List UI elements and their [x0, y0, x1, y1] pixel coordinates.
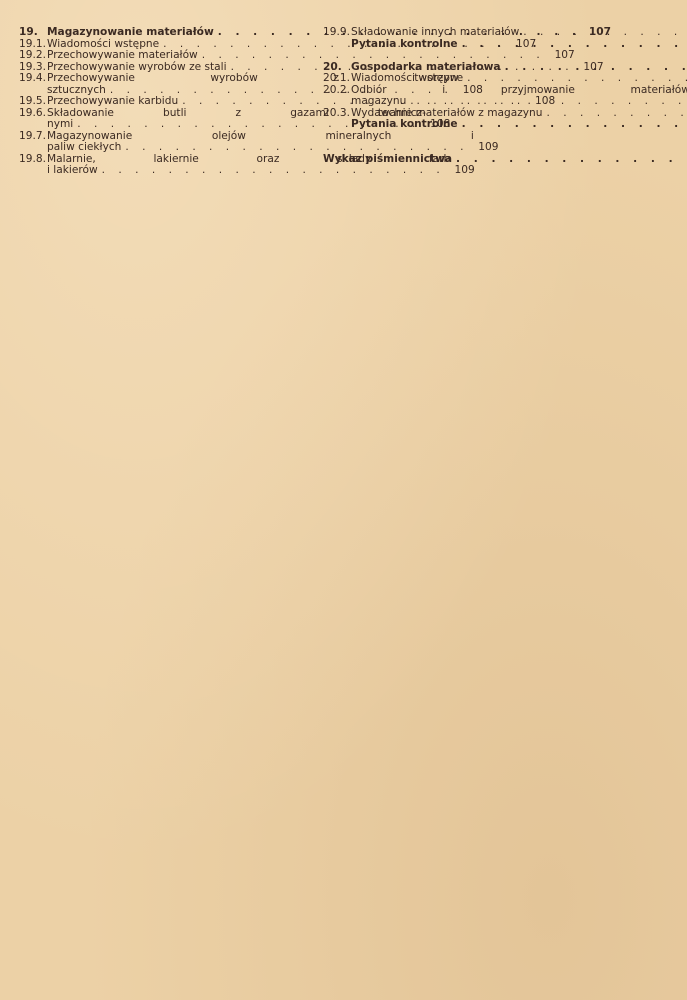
toc-entry[interactable]: 19.2.Przechowywanie materiałów. . . . . …: [19, 50, 306, 62]
section-number: 19.7.: [19, 131, 47, 143]
section-title: Pytania kontrolne: [351, 39, 458, 51]
dot-leader: . . . . . . . . . . . . . . . . . . . . …: [456, 154, 687, 166]
section-title: paliw ciekłych: [47, 142, 121, 154]
section-title: Pytania kontrolne: [351, 119, 458, 131]
toc-entry[interactable]: 19.5.Przechowywanie karbidu. . . . . . .…: [19, 96, 306, 108]
toc-entry[interactable]: Pytania kontrolne. . . . . . . . . . . .…: [323, 119, 618, 131]
section-number: 19.4.: [19, 73, 47, 85]
toc-entry[interactable]: 19.4.Przechowywanie wyrobów z tworzywszt…: [19, 73, 306, 96]
section-number: 20.3.: [323, 108, 351, 120]
toc-entry[interactable]: 20.2.Odbiór i przyjmowanie materiałów do…: [323, 85, 618, 108]
section-title: Wiadomości wstępne: [351, 73, 463, 85]
section-number: 20.1.: [323, 73, 351, 85]
dot-leader: . . . . . . . . . . . . . . . . . . . . …: [462, 39, 687, 51]
section-title: Magazynowanie materiałów: [47, 27, 214, 39]
dot-leader: . . . . . . . . . . . . . . . . . . . . …: [546, 108, 687, 120]
section-number: 20.2.: [323, 85, 351, 97]
section-title: Przechowywanie materiałów: [47, 50, 198, 62]
dot-leader: . . . . . . . . . . . . . . . . . . . . …: [102, 165, 445, 177]
section-title: Składowanie innych materiałów: [351, 27, 519, 39]
section-number: 19.6.: [19, 108, 47, 120]
dot-leader: . . . . . . . . . . . . . . . . . . . . …: [410, 96, 687, 108]
spacer: [323, 142, 618, 154]
toc-entry[interactable]: Wykaz piśmiennictwa. . . . . . . . . . .…: [323, 154, 618, 166]
spacer: [323, 131, 618, 143]
section-title: Wykaz piśmiennictwa: [323, 154, 452, 166]
dot-leader: . . . . . . . . . . . . . . . . . . . . …: [467, 73, 687, 85]
toc-entry[interactable]: 19.6.Składowanie butli z gazami technicz…: [19, 108, 306, 131]
toc-entry[interactable]: 19.9.Składowanie innych materiałów. . . …: [323, 27, 618, 39]
toc-left-column: 19.Magazynowanie materiałów. . . . . . .…: [19, 27, 306, 177]
spacer: [323, 50, 618, 62]
section-title: nymi: [47, 119, 73, 131]
toc-entry[interactable]: Pytania kontrolne. . . . . . . . . . . .…: [323, 39, 618, 51]
toc-entry[interactable]: 19.Magazynowanie materiałów. . . . . . .…: [19, 27, 306, 39]
toc-right-column: 19.9.Składowanie innych materiałów. . . …: [323, 27, 618, 165]
section-number: 19.: [19, 27, 47, 39]
section-title: magazynu: [351, 96, 406, 108]
section-number: 19.8.: [19, 154, 47, 166]
section-title: Przechowywanie karbidu: [47, 96, 178, 108]
dot-leader: . . . . . . . . . . . . . . . . . . . . …: [462, 119, 687, 131]
section-number: 19.2.: [19, 50, 47, 62]
dot-leader: . . . . . . . . . . . . . . . . . . . . …: [505, 62, 687, 74]
page-number: 109: [449, 165, 475, 177]
section-title: i lakierów: [47, 165, 98, 177]
section-number: 19.5.: [19, 96, 47, 108]
toc-entry[interactable]: 19.7.Magazynowanie olejów mineralnych ip…: [19, 131, 306, 154]
toc-entry[interactable]: 20.1.Wiadomości wstępne. . . . . . . . .…: [323, 73, 618, 85]
toc-entry[interactable]: 19.8.Malarnie, lakiernie oraz składy far…: [19, 154, 306, 177]
dot-leader: . . . . . . . . . . . . . . . . . . . . …: [523, 27, 687, 39]
section-number: 19.9.: [323, 27, 351, 39]
